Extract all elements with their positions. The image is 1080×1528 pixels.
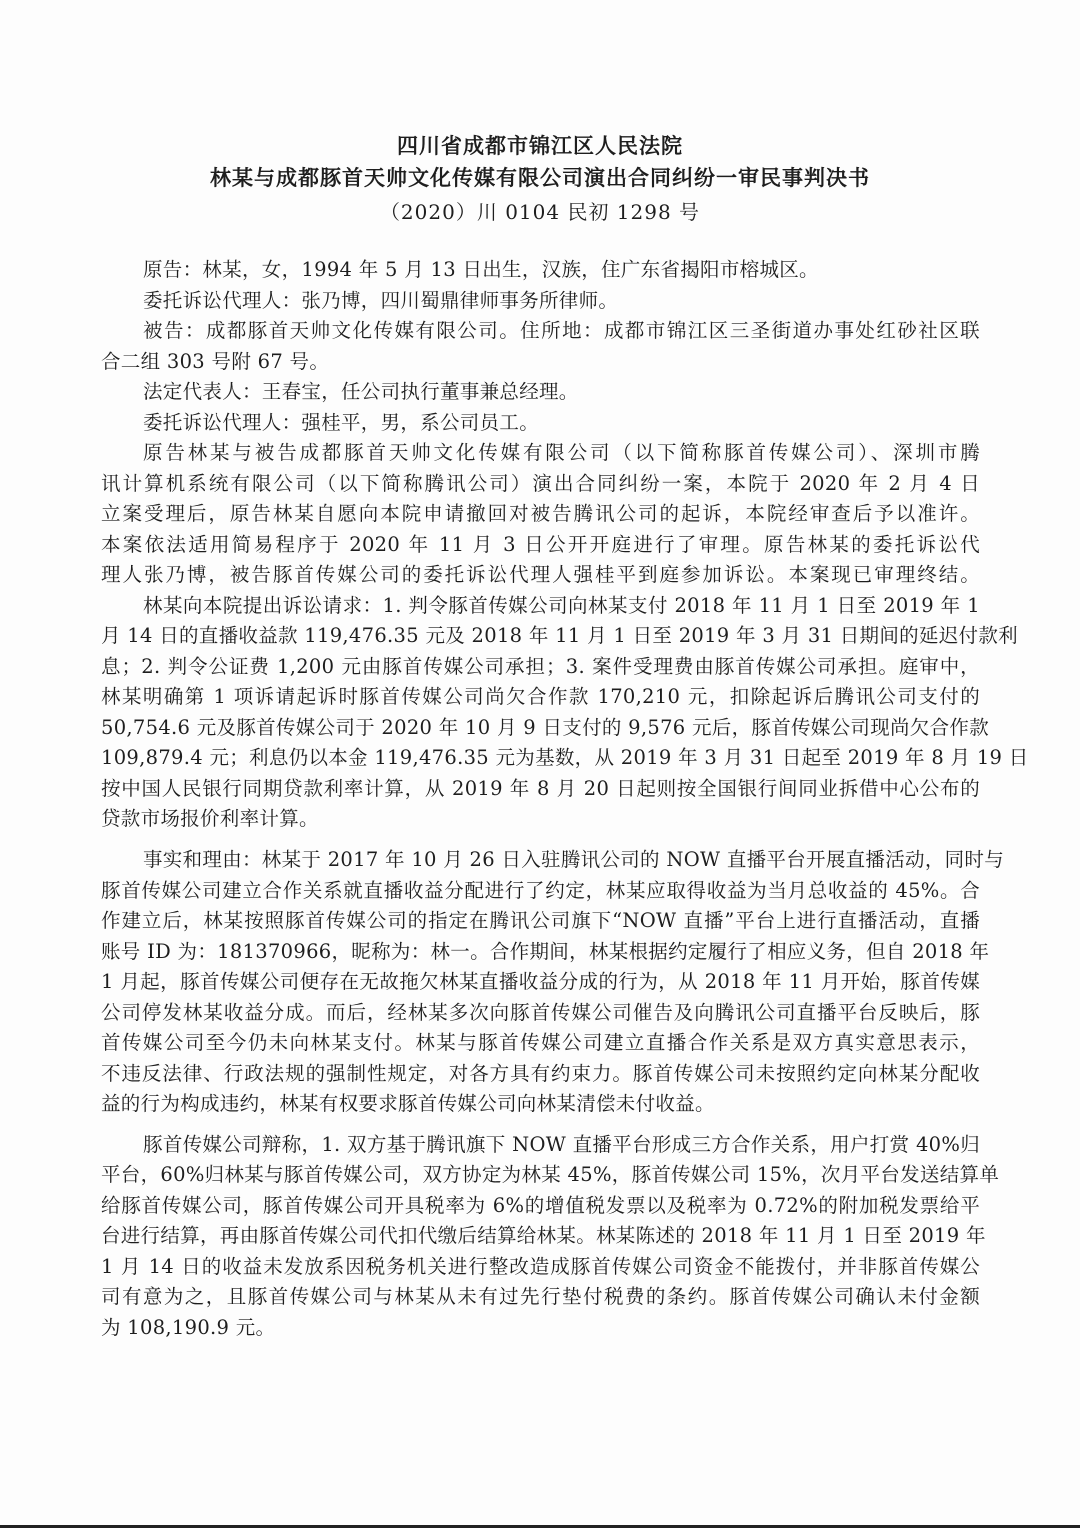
paragraph-line: 50,754.6 元及豚首传媒公司于 2020 年 10 月 9 日支付的 9,… [101, 716, 980, 740]
paragraph-line: 林某明确第 1 项诉请起诉时豚首传媒公司尚欠合作款 170,210 元，扣除起诉… [101, 685, 980, 709]
paragraph-line: 按中国人民银行同期贷款利率计算，从 2019 年 8 月 20 日起则按全国银行… [101, 777, 980, 801]
plaintiff-info: 原告：林某，女，1994 年 5 月 13 日出生，汉族，住广东省揭阳市榕城区。 [143, 258, 980, 282]
paragraph-line: 立案受理后，原告林某自愿向本院申请撤回对被告腾讯公司的起诉，本院经审查后予以准许… [101, 502, 980, 526]
paragraph-line: 月 14 日的直播收益款 119,476.35 元及 2018 年 11 月 1… [101, 624, 980, 648]
paragraph-line: 台进行结算，再由豚首传媒公司代扣代缴后结算给林某。林某陈述的 2018 年 11… [101, 1224, 980, 1248]
paragraph-line: 讯计算机系统有限公司（以下简称腾讯公司）演出合同纠纷一案，本院于 2020 年 … [101, 472, 980, 496]
legal-representative-info: 法定代表人：王春宝，任公司执行董事兼总经理。 [143, 380, 980, 404]
document-title: 林某与成都豚首天帅文化传媒有限公司演出合同纠纷一审民事判决书 [0, 162, 1080, 192]
judgment-document-page: 四川省成都市锦江区人民法院 林某与成都豚首天帅文化传媒有限公司演出合同纠纷一审民… [0, 0, 1080, 1528]
court-name: 四川省成都市锦江区人民法院 [0, 130, 1080, 160]
paragraph-line: 息；2. 判令公证费 1,200 元由豚首传媒公司承担；3. 案件受理费由豚首传… [101, 655, 980, 679]
paragraph-line: 司有意为之，且豚首传媒公司与林某从未有过先行垫付税费的条约。豚首传媒公司确认未付… [101, 1285, 980, 1309]
paragraph-line: 益的行为构成违约，林某有权要求豚首传媒公司向林某清偿未付收益。 [101, 1092, 980, 1116]
paragraph-line: 给豚首传媒公司，豚首传媒公司开具税率为 6%的增值税发票以及税率为 0.72%的… [101, 1194, 980, 1218]
paragraph-line: 事实和理由：林某于 2017 年 10 月 26 日入驻腾讯公司的 NOW 直播… [143, 848, 980, 872]
defendant-info-continued: 合二组 303 号附 67 号。 [101, 350, 980, 374]
paragraph-line: 109,879.4 元；利息仍以本金 119,476.35 元为基数，从 201… [101, 746, 980, 770]
paragraph-line: 本案依法适用简易程序于 2020 年 11 月 3 日公开开庭进行了审理。原告林… [101, 533, 980, 557]
paragraph-line: 账号 ID 为：181370966，昵称为：林一。合作期间，林某根据约定履行了相… [101, 940, 980, 964]
paragraph-line: 豚首传媒公司辩称，1. 双方基于腾讯旗下 NOW 直播平台形成三方合作关系，用户… [143, 1133, 980, 1157]
paragraph-line: 不违反法律、行政法规的强制性规定，对各方具有约束力。豚首传媒公司未按照约定向林某… [101, 1062, 980, 1086]
defendant-agent-info: 委托诉讼代理人：强桂平，男，系公司员工。 [143, 411, 980, 435]
paragraph-line: 林某向本院提出诉讼请求：1. 判令豚首传媒公司向林某支付 2018 年 11 月… [143, 594, 980, 618]
paragraph-line: 作建立后，林某按照豚首传媒公司的指定在腾讯公司旗下“NOW 直播”平台上进行直播… [101, 909, 980, 933]
paragraph-line: 理人张乃博，被告豚首传媒公司的委托诉讼代理人强桂平到庭参加诉讼。本案现已审理终结… [101, 563, 980, 587]
defendant-info: 被告：成都豚首天帅文化传媒有限公司。住所地：成都市锦江区三圣街道办事处红砂社区联 [143, 319, 980, 343]
paragraph-line: 豚首传媒公司建立合作关系就直播收益分配进行了约定，林某应取得收益为当月总收益的 … [101, 879, 980, 903]
paragraph-line: 公司停发林某收益分成。而后，经林某多次向豚首传媒公司催告及向腾讯公司直播平台反映… [101, 1001, 980, 1025]
paragraph-line: 首传媒公司至今仍未向林某支付。林某与豚首传媒公司建立直播合作关系是双方真实意思表… [101, 1031, 980, 1055]
paragraph-line: 1 月 14 日的收益未发放系因税务机关进行整改造成豚首传媒公司资金不能拨付，并… [101, 1255, 980, 1279]
paragraph-line: 原告林某与被告成都豚首天帅文化传媒有限公司（以下简称豚首传媒公司）、深圳市腾 [143, 441, 980, 465]
paragraph-line: 贷款市场报价利率计算。 [101, 807, 980, 831]
paragraph-line: 平台，60%归林某与豚首传媒公司，双方协定为林某 45%，豚首传媒公司 15%，… [101, 1163, 980, 1187]
paragraph-line: 为 108,190.9 元。 [101, 1316, 980, 1340]
paragraph-line: 1 月起，豚首传媒公司便存在无故拖欠林某直播收益分成的行为，从 2018 年 1… [101, 970, 980, 994]
case-number: （2020）川 0104 民初 1298 号 [0, 196, 1080, 225]
plaintiff-agent-info: 委托诉讼代理人：张乃博，四川蜀鼎律师事务所律师。 [143, 289, 980, 313]
